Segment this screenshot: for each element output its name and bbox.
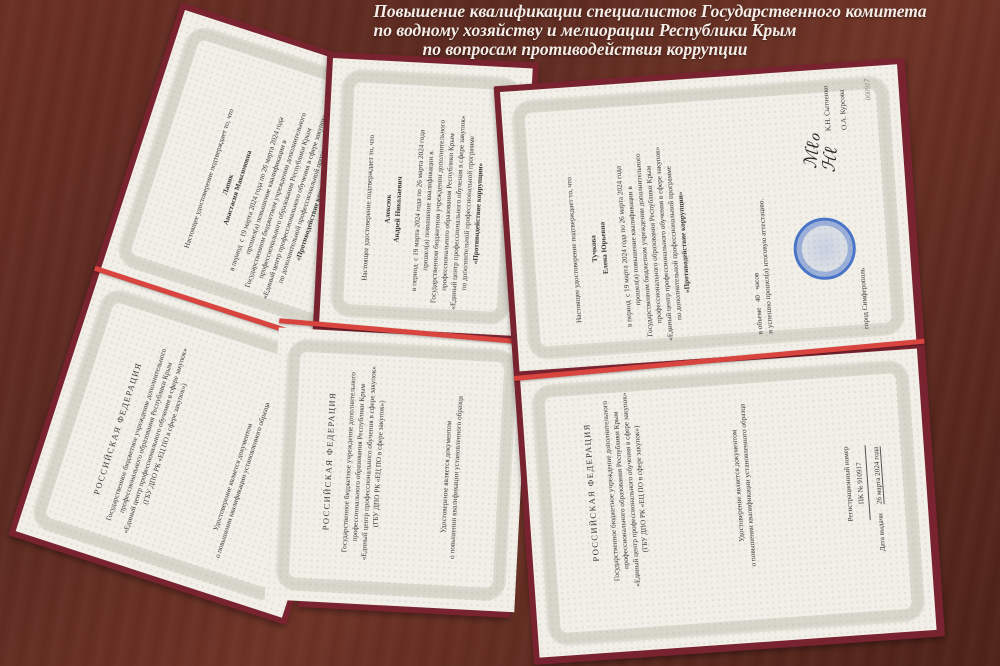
certificate-3-top-page: Настоящее удостоверение подтверждает то,…	[500, 64, 917, 371]
headline-line-1: Повышение квалификации специалистов Госу…	[300, 2, 1000, 21]
certificate-text: Дата выдачи	[876, 513, 887, 552]
certificate-text: Настоящее удостоверение подтверждает то,…	[562, 145, 695, 347]
certificate-text: в период	[410, 264, 419, 291]
serial-number: 000917	[862, 78, 873, 100]
certificate-text: Регистрационный номер ПК № 910917	[841, 445, 871, 522]
signature-2: ℋℓ	[818, 146, 842, 173]
certificate-text: часов	[752, 272, 761, 290]
certificate-text: Настоящее удостоверение подтверждает то,…	[358, 111, 488, 311]
certificate-2-bottom-page: РОССИЙСКАЯ ФЕДЕРАЦИЯ Государственное бюд…	[265, 328, 529, 613]
certificate-text: 000917	[862, 78, 873, 100]
guilloche-frame	[277, 340, 516, 599]
certificate-text: РОССИЙСКАЯ ФЕДЕРАЦИЯ Государственное бюд…	[319, 364, 389, 561]
headline-line-3: по вопросам противодействия коррупции	[300, 40, 1000, 59]
certificate-text: 40	[754, 295, 762, 303]
certificate-3-bottom-page: РОССИЙСКАЯ ФЕДЕРАЦИЯ Государственное бюд…	[520, 349, 937, 658]
headline-caption: Повышение квалификации специалистов Госу…	[300, 2, 1000, 59]
headline-line-2: по водному хозяйству и мелиорации Респуб…	[300, 21, 1000, 40]
